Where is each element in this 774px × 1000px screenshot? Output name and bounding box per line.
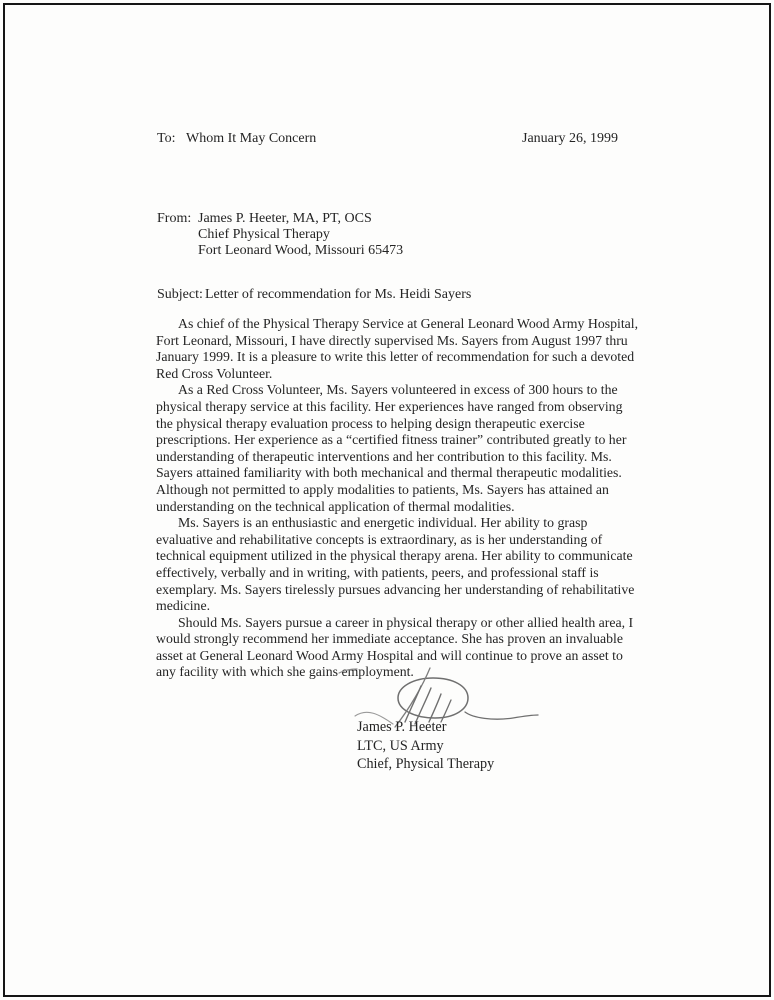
from-address-block: James P. Heeter, MA, PT, OCS Chief Physi… bbox=[198, 211, 403, 258]
scanned-letter-page: To: Whom It May Concern January 26, 1999… bbox=[0, 0, 774, 1000]
signer-title: Chief, Physical Therapy bbox=[357, 755, 494, 774]
subject-line: Subject: Letter of recommendation for Ms… bbox=[157, 287, 471, 303]
body-paragraph: As chief of the Physical Therapy Service… bbox=[156, 316, 640, 382]
from-line: From: James P. Heeter, MA, PT, OCS Chief… bbox=[157, 211, 403, 258]
from-name: James P. Heeter, MA, PT, OCS bbox=[198, 211, 403, 227]
body-paragraph: Ms. Sayers is an enthusiastic and energe… bbox=[156, 515, 640, 615]
from-label: From: bbox=[157, 211, 198, 258]
subject-label: Subject: bbox=[157, 287, 205, 303]
to-line: To: Whom It May Concern bbox=[157, 131, 316, 147]
signer-rank: LTC, US Army bbox=[357, 737, 494, 756]
letter-body: As chief of the Physical Therapy Service… bbox=[156, 316, 640, 681]
letter-date: January 26, 1999 bbox=[522, 131, 618, 147]
signer-name: James P. Heeter bbox=[357, 718, 494, 737]
signature-block: James P. Heeter LTC, US Army Chief, Phys… bbox=[357, 718, 494, 774]
to-label: To: bbox=[157, 131, 186, 147]
from-title: Chief Physical Therapy bbox=[198, 227, 403, 243]
body-paragraph: As a Red Cross Volunteer, Ms. Sayers vol… bbox=[156, 382, 640, 515]
subject-value: Letter of recommendation for Ms. Heidi S… bbox=[205, 287, 471, 303]
from-location: Fort Leonard Wood, Missouri 65473 bbox=[198, 243, 403, 259]
to-value: Whom It May Concern bbox=[186, 131, 316, 147]
